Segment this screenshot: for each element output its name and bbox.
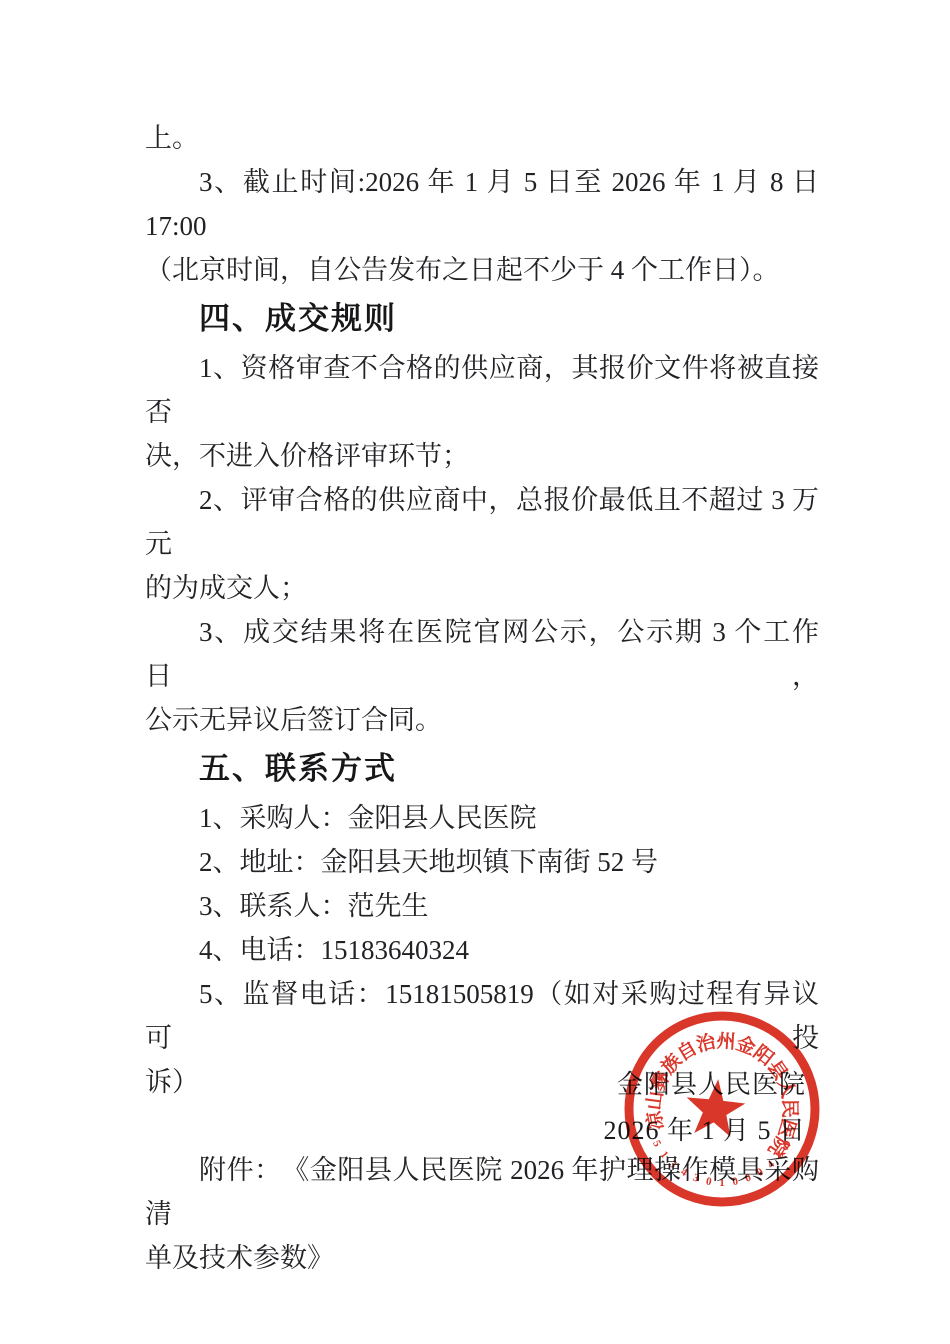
- signature-date: 2026 年 1 月 5 日: [603, 1108, 806, 1154]
- document-line: 3、联系人：范先生: [145, 884, 819, 928]
- section-heading: 四、成交规则: [145, 296, 819, 342]
- document-line: 3、截止时间:2026 年 1 月 5 日至 2026 年 1 月 8 日 17…: [145, 160, 819, 248]
- document-line: （北京时间，自公告发布之日起不少于 4 个工作日）。: [145, 248, 819, 292]
- section-heading: 五、联系方式: [145, 746, 819, 792]
- document-line: 公示无异议后签订合同。: [145, 698, 819, 742]
- document-line: 1、采购人：金阳县人民医院: [145, 796, 819, 840]
- document-line: 决，不进入价格评审环节；: [145, 434, 819, 478]
- document-line: 4、电话：15183640324: [145, 928, 819, 972]
- document-page: 上。3、截止时间:2026 年 1 月 5 日至 2026 年 1 月 8 日 …: [0, 0, 950, 1344]
- document-line: 单及技术参数》: [145, 1236, 819, 1280]
- document-line: 2、地址：金阳县天地坝镇下南街 52 号: [145, 840, 819, 884]
- signature-org: 金阳县人民医院: [603, 1062, 806, 1108]
- document-line: 3、成交结果将在医院官网公示，公示期 3 个工作日，: [145, 610, 819, 698]
- document-line: 的为成交人；: [145, 566, 819, 610]
- document-line: 2、评审合格的供应商中，总报价最低且不超过 3 万元: [145, 478, 819, 566]
- document-line: 附件： 《金阳县人民医院 2026 年护理操作模具采购清: [145, 1148, 819, 1236]
- document-line: 1、资格审查不合格的供应商，其报价文件将被直接否: [145, 346, 819, 434]
- document-line: 5、监督电话：15181505819（如对采购过程有异议可投: [145, 972, 819, 1060]
- signature-block: 金阳县人民医院 2026 年 1 月 5 日: [603, 1062, 806, 1154]
- document-line: 上。: [145, 116, 819, 160]
